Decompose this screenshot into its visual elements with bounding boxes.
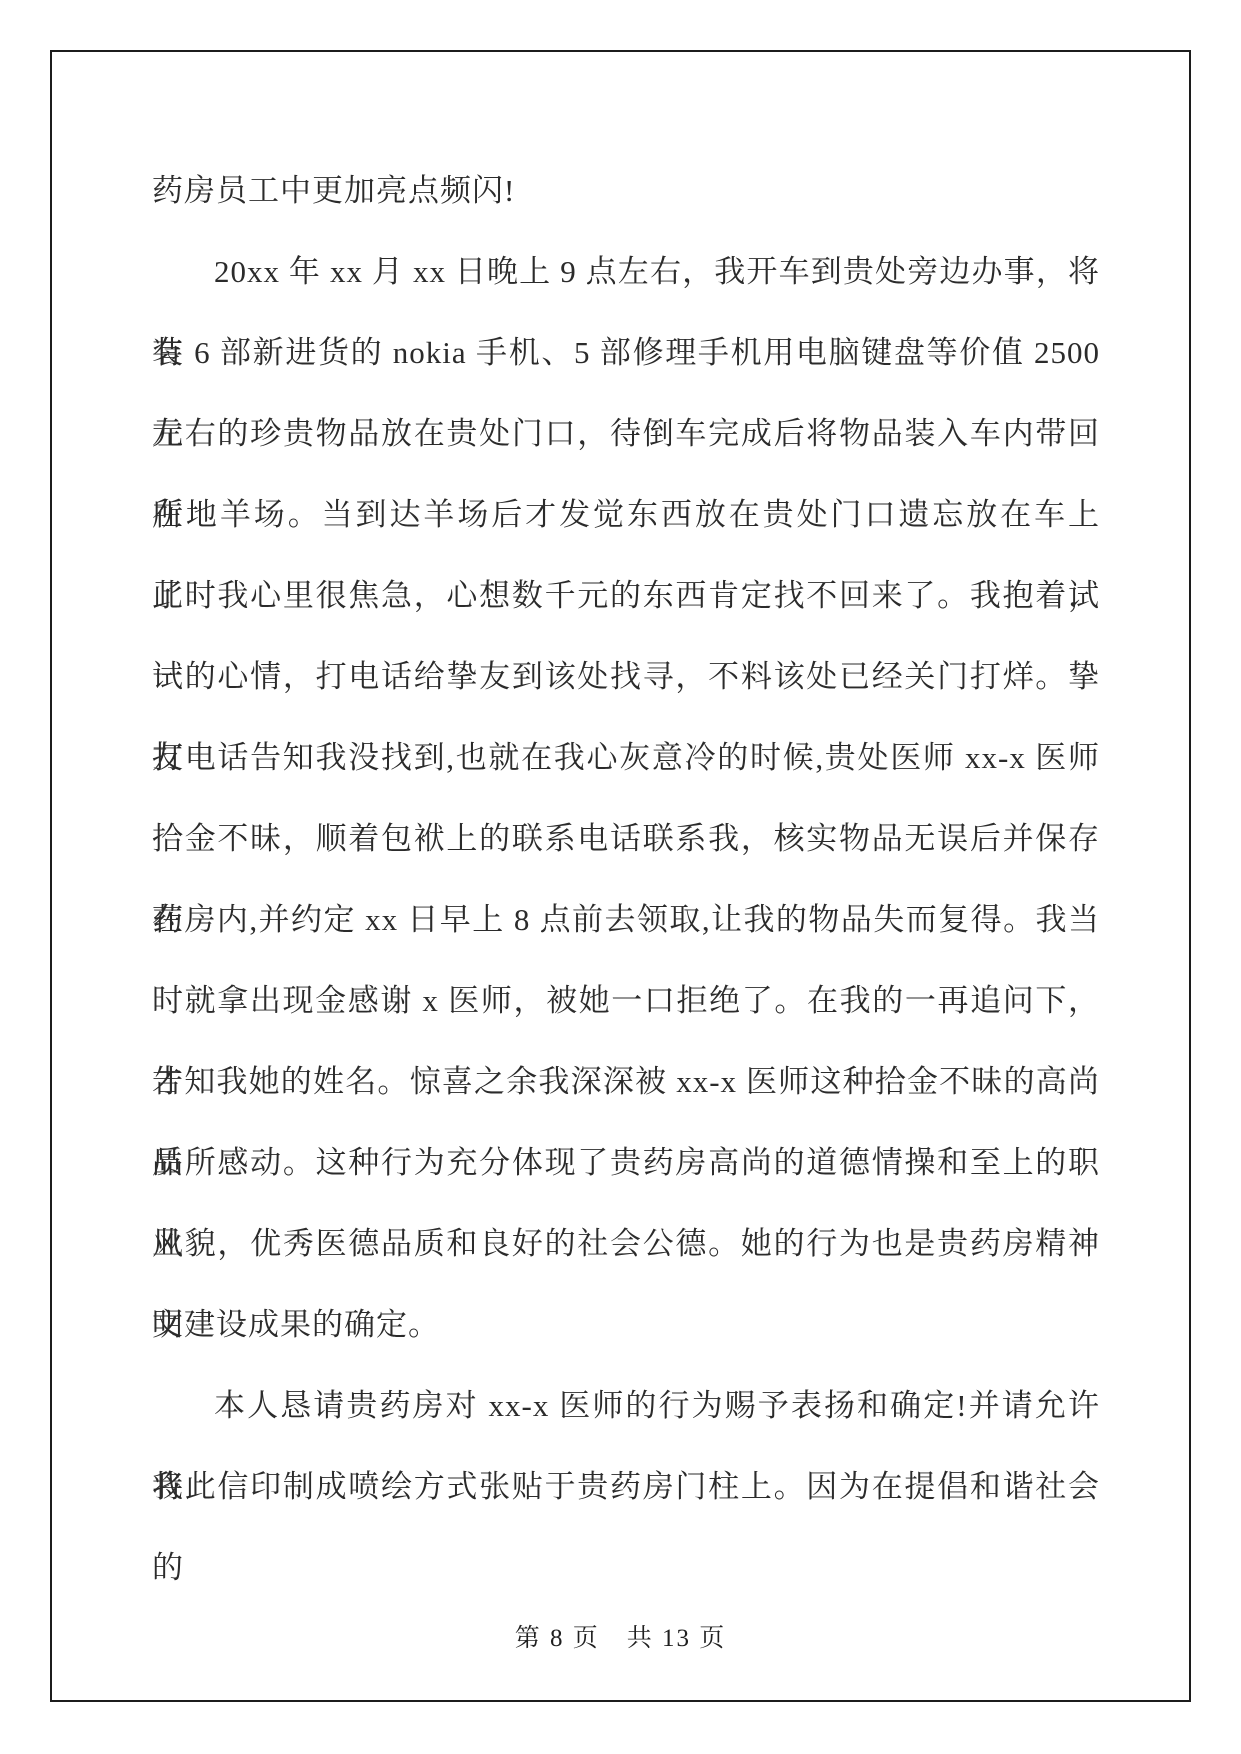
page-footer: 第 8 页 共 13 页 [0,1618,1241,1654]
text-line: 时就拿出现金感谢 x 医师，被她一口拒绝了。在我的一再追问下，才 [152,960,1100,1041]
letter-body: 药房员工中更加亮点频闪!20xx 年 xx 月 xx 日晚上 9 点左右，我开车… [152,150,1100,1527]
document-page: 药房员工中更加亮点频闪!20xx 年 xx 月 xx 日晚上 9 点左右，我开车… [0,0,1241,1754]
text-line: 在地羊场。当到达羊场后才发觉东西放在贵处门口遗忘放在车上了， [152,474,1100,555]
text-line: 本人恳请贵药房对 xx-x 医师的行为赐予表扬和确定!并请允许我 [152,1365,1100,1446]
text-line: 左右的珍贵物品放在贵处门口，待倒车完成后将物品装入车内带回所 [152,393,1100,474]
text-line: 告知我她的姓名。惊喜之余我深深被 xx-x 医师这种拾金不昧的高尚品 [152,1041,1100,1122]
text-line: 试的心情，打电话给挚友到该处找寻，不料该处已经关门打烊。挚友 [152,636,1100,717]
text-line: 风貌，优秀医德品质和良好的社会公德。她的行为也是贵药房精神文 [152,1203,1100,1284]
text-line: 质所感动。这种行为充分体现了贵药房高尚的道德情操和至上的职业 [152,1122,1100,1203]
text-line: 药房内,并约定 xx 日早上 8 点前去领取,让我的物品失而复得。我当 [152,879,1100,960]
text-line: 20xx 年 xx 月 xx 日晚上 9 点左右，我开车到贵处旁边办事，将装 [152,231,1100,312]
text-line: 拾金不昧，顺着包袱上的联系电话联系我，核实物品无误后并保存在 [152,798,1100,879]
text-line: 明建设成果的确定。 [152,1284,1100,1365]
text-line: 将此信印制成喷绘方式张贴于贵药房门柱上。因为在提倡和谐社会的 [152,1446,1100,1527]
text-line: 药房员工中更加亮点频闪! [152,150,1100,231]
text-line: 有 6 部新进货的 nokia 手机、5 部修理手机用电脑键盘等价值 2500 … [152,312,1100,393]
text-line: 此时我心里很焦急，心想数千元的东西肯定找不回来了。我抱着试一 [152,555,1100,636]
page-number: 第 8 页 共 13 页 [515,1625,727,1652]
text-line: 打电话告知我没找到,也就在我心灰意冷的时候,贵处医师 xx-x 医师 [152,717,1100,798]
